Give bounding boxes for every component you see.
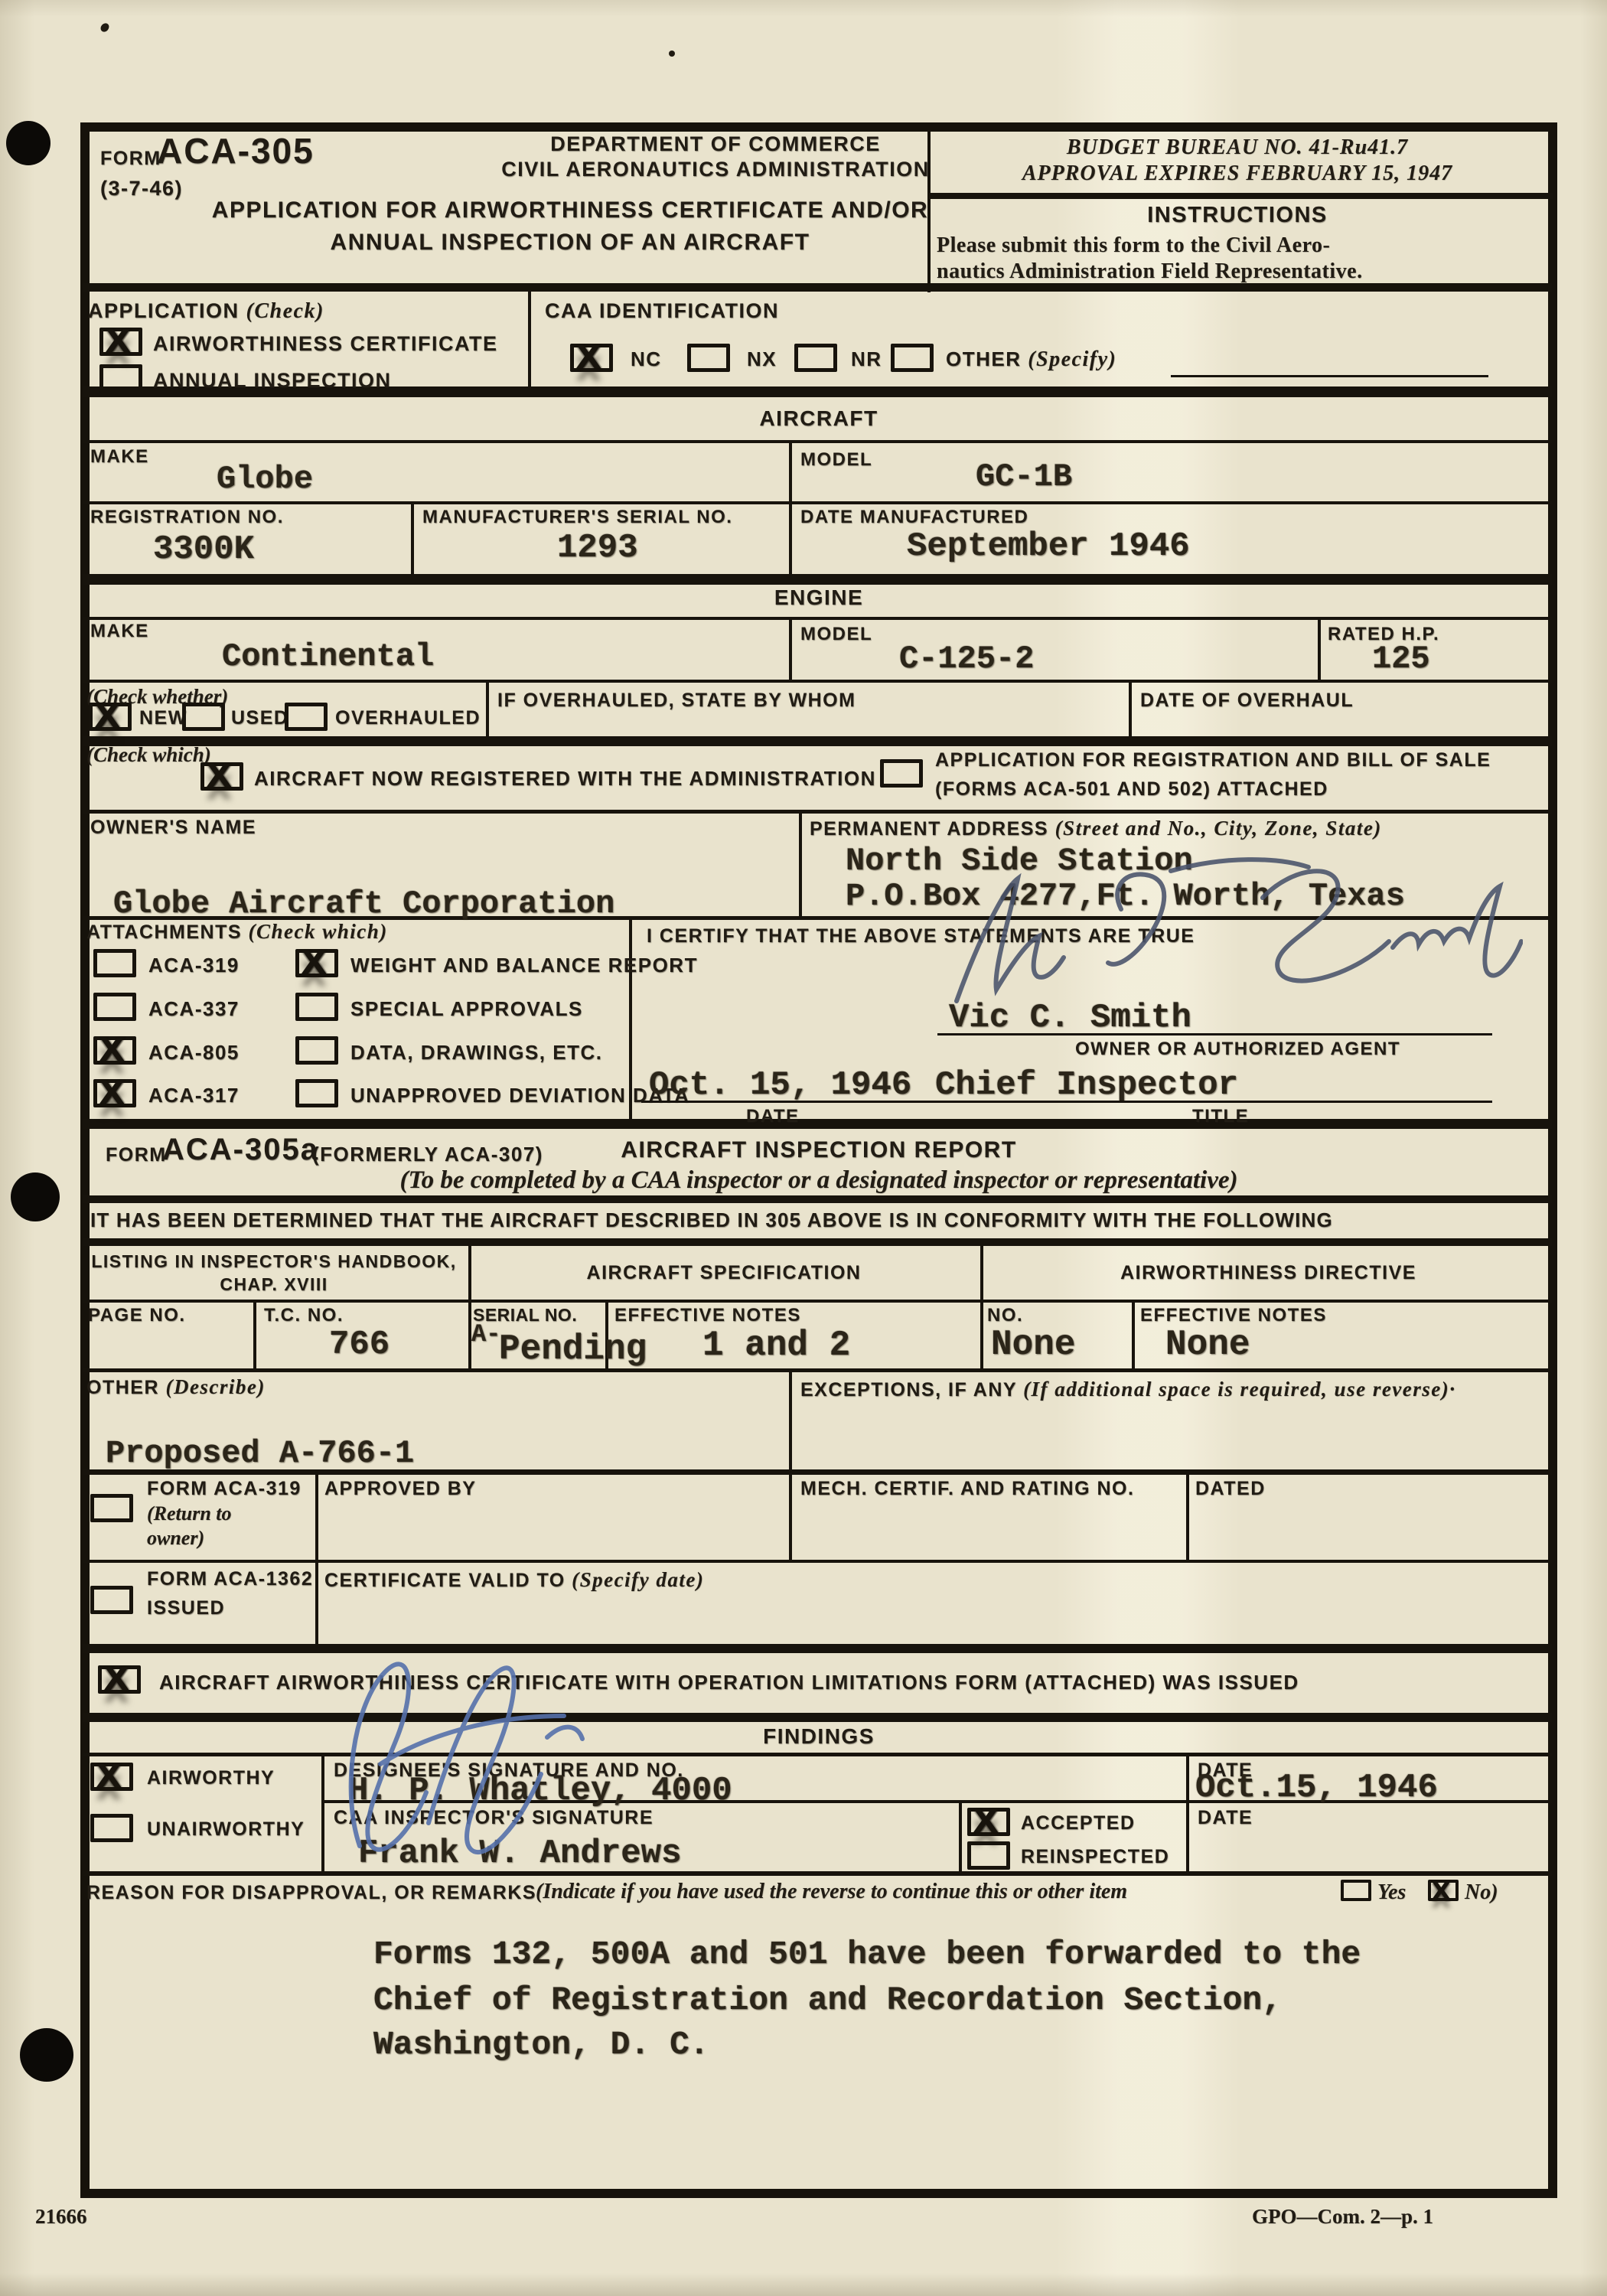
aircraft-row2-div1	[411, 503, 414, 576]
aca-805-label: ACA-805	[148, 1042, 240, 1064]
aca-317-checkbox	[93, 1079, 136, 1107]
unairworthy-label: UNAIRWORTHY	[147, 1819, 305, 1841]
punch-hole-bottom	[20, 2028, 73, 2082]
other-describe-text: OTHER	[86, 1377, 159, 1398]
certification-date-line	[641, 1101, 963, 1103]
tc-no-value: 766	[329, 1328, 390, 1362]
reinspected-checkbox	[967, 1841, 1010, 1870]
bill-of-sale-line2: (FORMS ACA-501 AND 502) ATTACHED	[935, 779, 1328, 801]
form-revision: (3-7-46)	[100, 178, 183, 201]
airworthiness-certificate-label: AIRWORTHINESS CERTIFICATE	[153, 333, 498, 356]
certification-date-label: DATE	[746, 1107, 800, 1127]
accepted-cell-divider	[959, 1802, 962, 1871]
airworthy-checkbox	[90, 1763, 133, 1791]
data-drawings-checkbox	[295, 1036, 338, 1065]
special-approvals-label: SPECIAL APPROVALS	[350, 998, 583, 1020]
budget-box-bottom	[927, 193, 1553, 199]
engine-make-value: Continental	[222, 641, 434, 673]
aircraft-model-value: GC-1B	[976, 461, 1072, 493]
table-header-line	[83, 1300, 1552, 1303]
form-aca1362-label: FORM ACA-1362	[147, 1569, 313, 1590]
aircraft-model-label: MODEL	[800, 450, 872, 470]
engine-row2-div1	[486, 681, 489, 738]
registration-no-label: REGISTRATION NO.	[90, 507, 284, 527]
weight-balance-checkbox	[295, 949, 338, 977]
spec-notes-label: EFFECTIVE NOTES	[614, 1306, 801, 1326]
weight-balance-label: WEIGHT AND BALANCE REPORT	[350, 954, 698, 977]
engine-row2-div2	[1129, 681, 1132, 738]
certificate-valid-to-text: CERTIFICATE VALID TO	[324, 1570, 566, 1591]
footer-print-code: 21666	[35, 2204, 87, 2230]
nx-checkbox	[687, 344, 730, 372]
date-manufactured-label: DATE MANUFACTURED	[800, 507, 1028, 527]
spec-header: AIRCRAFT SPECIFICATION	[471, 1263, 976, 1284]
instructions-line2: nautics Administration Field Representat…	[937, 258, 1363, 285]
application-label-hint: (Check)	[246, 299, 324, 323]
form-aca319-note2: owner)	[147, 1528, 204, 1550]
serial-no-label: MANUFACTURER'S SERIAL NO.	[422, 507, 732, 527]
inspector-date-label: DATE	[1198, 1808, 1253, 1829]
aircraft-make-value: Globe	[217, 463, 313, 495]
unapproved-deviation-label: UNAPPROVED DEVIATION DATA	[350, 1084, 689, 1107]
airworthy-label: AIRWORTHY	[147, 1768, 275, 1789]
handbook-header-line1: LISTING IN INSPECTOR'S HANDBOOK,	[83, 1252, 465, 1271]
engine-bottom-line	[83, 736, 1552, 746]
engine-used-label: USED	[231, 708, 288, 729]
certification-title-value: Chief Inspector	[935, 1068, 1238, 1102]
remarks-note-line2: Chief of Registration and Recordation Se…	[373, 1984, 1282, 2017]
handbook-header-line2: CHAP. XVIII	[83, 1275, 465, 1294]
table-bottom-line	[83, 1368, 1552, 1372]
form-aca1362-checkbox	[90, 1586, 133, 1614]
aca-805-checkbox	[93, 1036, 136, 1065]
owner-name-value: Globe Aircraft Corporation	[113, 888, 614, 920]
special-approvals-checkbox	[295, 993, 338, 1021]
overhauled-by-label: IF OVERHAULED, STATE BY WHOM	[497, 690, 856, 712]
report-title: AIRCRAFT INSPECTION REPORT	[474, 1137, 1163, 1163]
punch-hole-middle	[11, 1172, 60, 1221]
nr-label: NR	[851, 348, 882, 370]
form-aca319-note1: (Return to	[147, 1503, 232, 1525]
nc-checkbox	[570, 344, 613, 372]
table-serial-value: A-	[471, 1322, 500, 1347]
accepted-checkbox	[967, 1808, 1010, 1836]
serial-no-value: 1293	[557, 531, 638, 565]
directive-no-value: None	[991, 1327, 1075, 1362]
determination-text: IT HAS BEEN DETERMINED THAT THE AIRCRAFT…	[90, 1209, 1333, 1231]
engine-new-checkbox	[89, 703, 132, 731]
engine-model-label: MODEL	[800, 625, 872, 644]
checkwhich-bottom-line	[83, 810, 1552, 814]
other-id-checkbox	[891, 344, 934, 372]
engine-section-title: ENGINE	[436, 586, 1201, 610]
aca319-dated-divider	[1186, 1475, 1189, 1560]
remarks-label: REASON FOR DISAPPROVAL, OR REMARKS	[86, 1883, 536, 1904]
nr-checkbox	[794, 344, 837, 372]
application-label: APPLICATION (Check)	[88, 300, 324, 324]
form-aca1362-issued-label: ISSUED	[147, 1598, 225, 1619]
table-page-divider	[253, 1301, 256, 1368]
certificate-issued-checkbox	[98, 1665, 141, 1694]
form-aca319-checkbox	[90, 1494, 133, 1522]
engine-make-label: MAKE	[90, 621, 149, 641]
punch-hole-top	[6, 121, 51, 165]
reinspected-label: REINSPECTED	[1021, 1847, 1169, 1868]
determination-line	[83, 1238, 1552, 1246]
report-subtitle: (To be completed by a CAA inspector or a…	[230, 1166, 1408, 1194]
other-id-label-hint: (Specify)	[1028, 347, 1116, 371]
caa-identification-label: CAA IDENTIFICATION	[545, 300, 779, 323]
engine-row1-div2	[1318, 618, 1321, 681]
date-manufactured-value: September 1946	[907, 530, 1190, 563]
registered-label: AIRCRAFT NOW REGISTERED WITH THE ADMINIS…	[254, 768, 876, 790]
exceptions-label-text: EXCEPTIONS, IF ANY	[800, 1379, 1017, 1401]
directive-notes-value: None	[1165, 1327, 1250, 1362]
exceptions-hint: (If additional space is required, use re…	[1023, 1378, 1455, 1401]
instructions-title: INSTRUCTIONS	[935, 204, 1540, 228]
other-describe-label: OTHER (Describe)	[86, 1376, 266, 1399]
attachments-bottom-line	[83, 1119, 1552, 1129]
owner-divider	[799, 812, 802, 918]
aca319-mech-divider	[789, 1475, 792, 1560]
budget-line2: APPROVAL EXPIRES FEBRUARY 15, 1947	[935, 162, 1540, 186]
aircraft-bottom-line	[83, 574, 1552, 585]
overhaul-date-label: DATE OF OVERHAUL	[1140, 690, 1354, 712]
remarks-note-line3: Washington, D. C.	[373, 2028, 709, 2061]
spec-notes-value1: Pending	[499, 1332, 647, 1367]
certificate-valid-to-label: CERTIFICATE VALID TO (Specify date)	[324, 1569, 704, 1592]
form-number: ACA-305	[157, 132, 315, 171]
permanent-address-label: PERMANENT ADDRESS (Street and No., City,…	[810, 817, 1382, 840]
other-describe-hint: (Describe)	[165, 1375, 265, 1398]
registration-no-value: 3300K	[153, 533, 254, 566]
directive-no-label: NO.	[987, 1306, 1023, 1326]
spec-notes-value2: 1 and 2	[702, 1328, 850, 1363]
report-form-number: ACA-305a	[162, 1133, 319, 1166]
findings-bottom-line	[83, 1871, 1552, 1876]
ink-speck-1	[99, 21, 110, 34]
owner-signature-ink	[903, 856, 1523, 1028]
exceptions-label: EXCEPTIONS, IF ANY (If additional space …	[800, 1376, 1512, 1405]
form-title-line1: APPLICATION FOR AIRWORTHINESS CERTIFICAT…	[187, 197, 953, 223]
directive-notes-label: EFFECTIVE NOTES	[1140, 1306, 1327, 1326]
report-title-line	[83, 1195, 1552, 1203]
engine-new-label: NEW	[139, 708, 187, 729]
table-adno-divider	[1132, 1301, 1135, 1368]
directive-header: AIRWORTHINESS DIRECTIVE	[983, 1263, 1553, 1284]
page-no-label: PAGE NO.	[88, 1306, 186, 1326]
registered-checkbox	[200, 762, 243, 791]
footer-gpo-note: GPO—Com. 2—p. 1	[1252, 2204, 1433, 2230]
aca319-bottom-line	[83, 1560, 1552, 1563]
engine-band-line	[83, 617, 1552, 620]
bill-of-sale-checkbox	[880, 759, 923, 788]
aircraft-row1-divider	[789, 442, 792, 503]
annual-inspection-checkbox	[99, 364, 142, 393]
other-id-label-text: OTHER	[946, 347, 1022, 370]
application-caa-divider	[528, 292, 531, 388]
rated-hp-value: 125	[1372, 643, 1430, 675]
report-form-label: FORM	[106, 1145, 167, 1166]
dated-label: DATED	[1195, 1479, 1266, 1500]
signer-role-label: OWNER OR AUTHORIZED AGENT	[1075, 1039, 1400, 1059]
check-which-hint: (Check which)	[86, 744, 211, 767]
form-title-line2: ANNUAL INSPECTION OF AN AIRCRAFT	[187, 230, 953, 255]
permanent-address-label-text: PERMANENT ADDRESS	[810, 818, 1048, 840]
other-describe-value: Proposed A-766-1	[106, 1437, 414, 1469]
certification-title-line	[930, 1101, 1492, 1103]
approved-by-label: APPROVED BY	[324, 1479, 476, 1500]
ink-speck-2	[669, 51, 675, 57]
budget-line1: BUDGET BUREAU NO. 41-Ru41.7	[935, 136, 1540, 160]
aca-319-label: ACA-319	[148, 954, 240, 977]
accepted-label: ACCEPTED	[1021, 1813, 1136, 1835]
attachments-label: ATTACHMENTS (Check which)	[86, 921, 388, 944]
tc-no-label: T.C. NO.	[264, 1306, 344, 1326]
nc-label: NC	[631, 348, 662, 370]
attachments-label-text: ATTACHMENTS	[86, 921, 242, 943]
scanned-form-page: FORM ACA-305 (3-7-46) DEPARTMENT OF COMM…	[0, 0, 1607, 2296]
other-divider	[789, 1371, 792, 1469]
remarks-hint: (Indicate if you have used the reverse t…	[536, 1880, 1127, 1904]
aircraft-row1-line	[83, 501, 1552, 504]
designee-date-value: Oct.15, 1946	[1195, 1771, 1438, 1805]
aca-317-label: ACA-317	[148, 1084, 240, 1107]
findings-date-divider	[1186, 1755, 1189, 1871]
engine-model-value: C-125-2	[899, 643, 1034, 675]
aircraft-make-label: MAKE	[90, 447, 149, 467]
owner-name-label: OWNER'S NAME	[90, 817, 256, 839]
certification-date-value: Oct. 15, 1946	[649, 1068, 911, 1102]
engine-used-checkbox	[182, 703, 225, 731]
aca-319-checkbox	[93, 949, 136, 977]
certification-title-label: TITLE	[1192, 1107, 1249, 1127]
data-drawings-label: DATA, DRAWINGS, ETC.	[350, 1042, 602, 1064]
other-id-label: OTHER (Specify)	[946, 348, 1116, 372]
aircraft-band-line	[83, 440, 1552, 443]
aca-337-checkbox	[93, 993, 136, 1021]
form-label: FORM	[100, 148, 161, 170]
engine-overhauled-label: OVERHAULED	[335, 708, 481, 729]
mech-certif-label: MECH. CERTIF. AND RATING NO.	[800, 1479, 1134, 1500]
attachments-hint: (Check which)	[249, 920, 388, 943]
form-aca319-label: FORM ACA-319	[147, 1479, 302, 1500]
unairworthy-checkbox	[90, 1814, 133, 1842]
unapproved-deviation-checkbox	[295, 1079, 338, 1107]
instructions-line1: Please submit this form to the Civil Aer…	[937, 232, 1330, 259]
engine-row1-div1	[789, 618, 792, 681]
permanent-address-hint: (Street and No., City, Zone, State)	[1055, 817, 1382, 840]
department-line1: DEPARTMENT OF COMMERCE	[486, 133, 945, 156]
remarks-note-line1: Forms 132, 500A and 501 have been forwar…	[373, 1938, 1361, 1971]
aircraft-row2-div2	[789, 503, 792, 576]
application-label-text: APPLICATION	[88, 299, 240, 322]
aircraft-section-title: AIRCRAFT	[436, 407, 1201, 431]
other-id-underline	[1171, 375, 1488, 377]
owner-signature-line	[937, 1033, 1492, 1035]
designee-signature-ink	[295, 1645, 593, 1867]
engine-row1-line	[83, 680, 1552, 683]
remarks-no-checkbox	[1428, 1880, 1459, 1901]
remarks-yes-checkbox	[1341, 1880, 1371, 1901]
aca-337-label: ACA-337	[148, 998, 240, 1020]
certificate-valid-to-hint: (Specify date)	[572, 1568, 704, 1591]
nx-label: NX	[747, 348, 777, 370]
bill-of-sale-line1: APPLICATION FOR REGISTRATION AND BILL OF…	[935, 750, 1491, 771]
department-line2: CIVIL AERONAUTICS ADMINISTRATION	[486, 158, 945, 181]
engine-overhauled-checkbox	[285, 703, 328, 731]
remarks-no-label: No)	[1465, 1881, 1498, 1905]
annual-inspection-label: ANNUAL INSPECTION	[153, 370, 392, 393]
remarks-yes-label: Yes	[1377, 1881, 1406, 1905]
airworthiness-certificate-checkbox	[99, 328, 142, 356]
